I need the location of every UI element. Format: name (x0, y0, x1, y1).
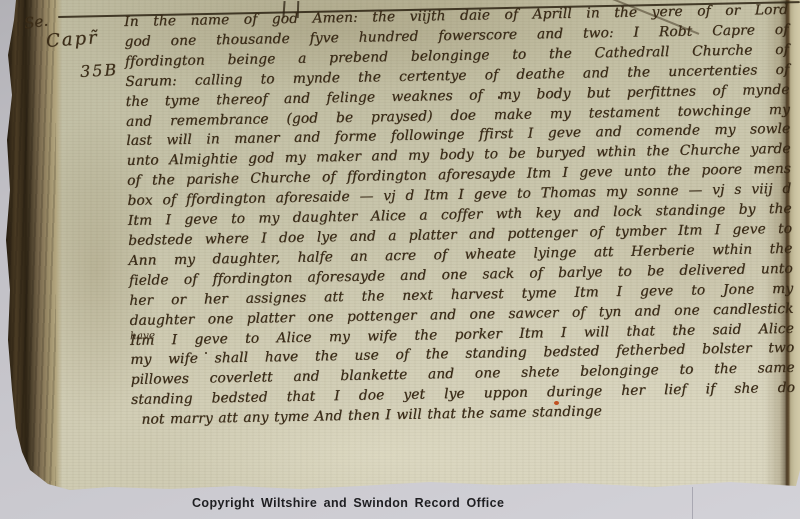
ink-fleck (498, 96, 500, 99)
manuscript-page: Se. Capr̃ 35B In the name of god Amen: t… (0, 0, 800, 519)
ink-fleck (205, 352, 207, 354)
margin-note-name-abbrev: Capr̃ (45, 27, 99, 52)
photo-backdrop: Se. Capr̃ 35B In the name of god Amen: t… (0, 0, 800, 519)
folio-number: 35B (80, 60, 119, 81)
spine-texture (0, 0, 56, 519)
margin-note-se: Se. (23, 11, 49, 32)
copyright-caption: Copyright Wiltshire and Swindon Record O… (192, 496, 504, 510)
ink-fleck (690, 212, 693, 215)
manuscript-text: In the name of god Amen: the viijth daie… (124, 1, 796, 431)
backdrop-crease (692, 487, 693, 519)
orange-fleck (554, 401, 559, 405)
interlinear-insertion: have (130, 330, 156, 343)
